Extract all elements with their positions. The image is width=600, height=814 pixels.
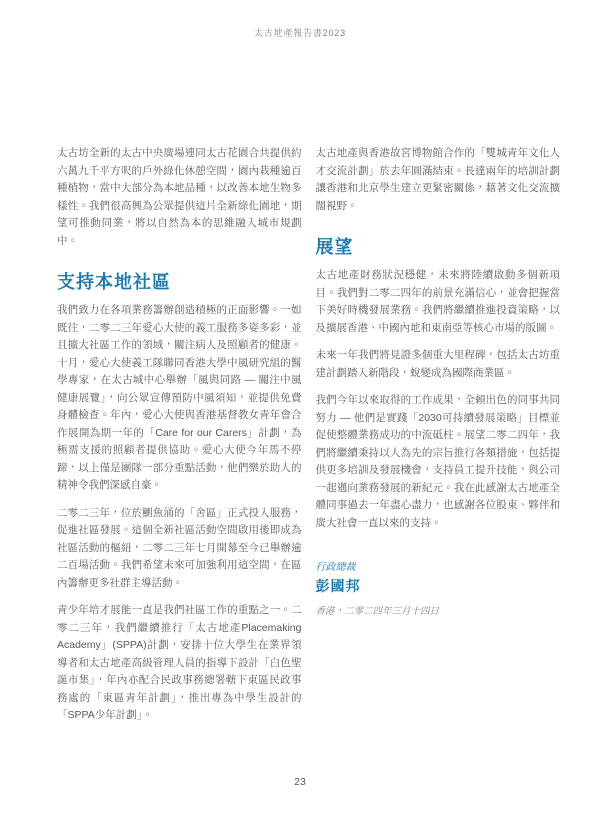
- signer-name: 彭國邦: [316, 576, 561, 596]
- content-columns: 太古坊全新的太古中央廣場連同太古花園合共提供約六萬九千平方呎的戶外綠化休憩空間，…: [57, 145, 560, 735]
- section-heading-community: 支持本地社區: [57, 271, 302, 293]
- intro-paragraph: 太古坊全新的太古中央廣場連同太古花園合共提供約六萬九千平方呎的戶外綠化休憩空間，…: [57, 145, 302, 250]
- signature-date: 香港，二零二四年三月十四日: [316, 603, 561, 617]
- body-paragraph: 我們今年以來取得的工作成果，全賴出色的同事共同努力 — 他們是實踐「2030可持…: [316, 392, 561, 532]
- body-paragraph: 太古地產財務狀況穩健，未來將陸續啟動多個新項目。我們對二零二四年的前景充滿信心，…: [316, 267, 561, 337]
- report-page: 太古地產報告書2023 太古坊全新的太古中央廣場連同太古花園合共提供約六萬九千平…: [0, 0, 600, 814]
- signature-block: 行政總裁 彭國邦 香港，二零二四年三月十四日: [316, 558, 561, 617]
- left-column: 太古坊全新的太古中央廣場連同太古花園合共提供約六萬九千平方呎的戶外綠化休憩空間，…: [57, 145, 302, 735]
- body-paragraph: 青少年培才展能一直是我們社區工作的重點之一。二零二三年，我們繼續推行「太古地產P…: [57, 602, 302, 725]
- page-number: 23: [0, 776, 600, 788]
- section-heading-outlook: 展望: [316, 236, 561, 258]
- signer-title: 行政總裁: [316, 558, 561, 573]
- right-column: 太古地產與香港故宮博物館合作的「雙城青年文化人才交流計劃」於去年圓滿結束。長達兩…: [316, 145, 561, 735]
- body-paragraph: 二零二三年，位於鰂魚涌的「舍區」正式投入服務，促進社區發展。這個全新社區活動空間…: [57, 505, 302, 593]
- intro-paragraph: 太古地產與香港故宮博物館合作的「雙城青年文化人才交流計劃」於去年圓滿結束。長達兩…: [316, 145, 561, 215]
- running-header: 太古地產報告書2023: [0, 26, 600, 39]
- body-paragraph: 我們致力在各項業務籌辦創造積極的正面影響。一如既往，二零二三年愛心大使的義工服務…: [57, 302, 302, 495]
- body-paragraph: 未來一年我們將見證多個重大里程碑，包括太古坊重建計劃踏入新階段，蛻變成為國際商業…: [316, 347, 561, 382]
